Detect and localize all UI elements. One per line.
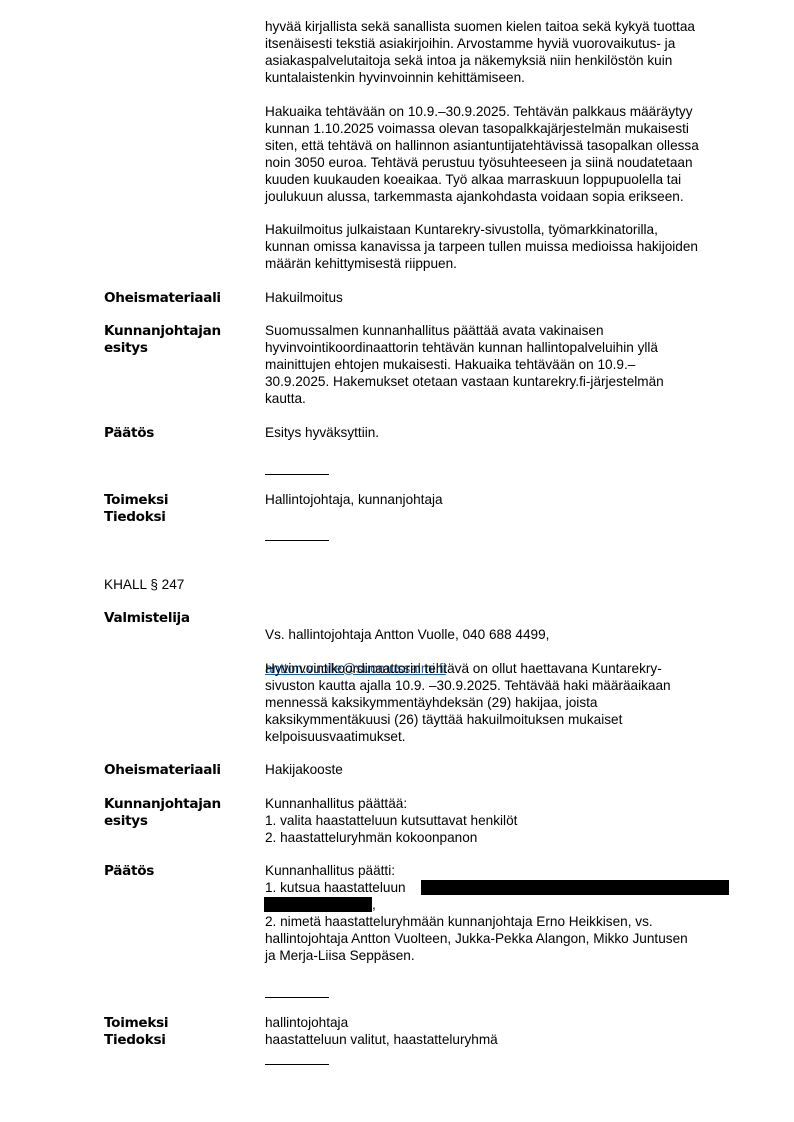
assign-label: Toimeksi Tiedoksi (104, 492, 168, 526)
proposal-text: Suomussalmen kunnanhallitus päättää avat… (265, 323, 745, 408)
proposal-label: Kunnanjohtajan esitys (104, 323, 221, 357)
attachment-value: Hakuilmoitus (265, 290, 745, 307)
attachment-label: Oheismateriaali (104, 290, 221, 307)
intro-paragraph-1: hyvää kirjallista sekä sanallista suomen… (265, 19, 745, 87)
redaction-box (421, 880, 729, 895)
decision-label: Päätös (104, 425, 154, 442)
separator-line (265, 1064, 329, 1065)
intro-paragraph-2: Hakuaika tehtävään on 10.9.–30.9.2025. T… (265, 104, 745, 205)
proposal-text: Kunnanhallitus päättää: 1. valita haasta… (265, 796, 745, 847)
redaction-box (264, 897, 372, 912)
assign-text: hallintojohtaja haastatteluun valitut, h… (265, 1015, 745, 1049)
preparer-name: Vs. hallintojohtaja Antton Vuolle, 040 6… (265, 627, 745, 644)
separator-line (265, 997, 329, 998)
decision-line-1: Kunnanhallitus päätti: (265, 863, 745, 880)
assign-text: Hallintojohtaja, kunnanjohtaja (265, 492, 745, 509)
separator-line (265, 474, 329, 475)
assign-label: Toimeksi Tiedoksi (104, 1015, 168, 1049)
section-heading: KHALL § 247 (104, 577, 184, 594)
proposal-label: Kunnanjohtajan esitys (104, 796, 221, 830)
decision-rest: 2. nimetä haastatteluryhmään kunnanjohta… (265, 914, 745, 965)
intro-paragraph-3: Hakuilmoitus julkaistaan Kuntarekry-sivu… (265, 222, 745, 273)
background-text: Hyvinvointikoordinaattorin tehtävä on ol… (265, 661, 745, 746)
separator-line (265, 540, 329, 541)
decision-text: Esitys hyväksyttiin. (265, 425, 745, 442)
attachment-label: Oheismateriaali (104, 762, 221, 779)
decision-label: Päätös (104, 863, 154, 880)
decision-line-3-suffix: , (372, 897, 376, 914)
preparer-label: Valmistelija (104, 610, 190, 627)
attachment-value: Hakijakooste (265, 762, 745, 779)
